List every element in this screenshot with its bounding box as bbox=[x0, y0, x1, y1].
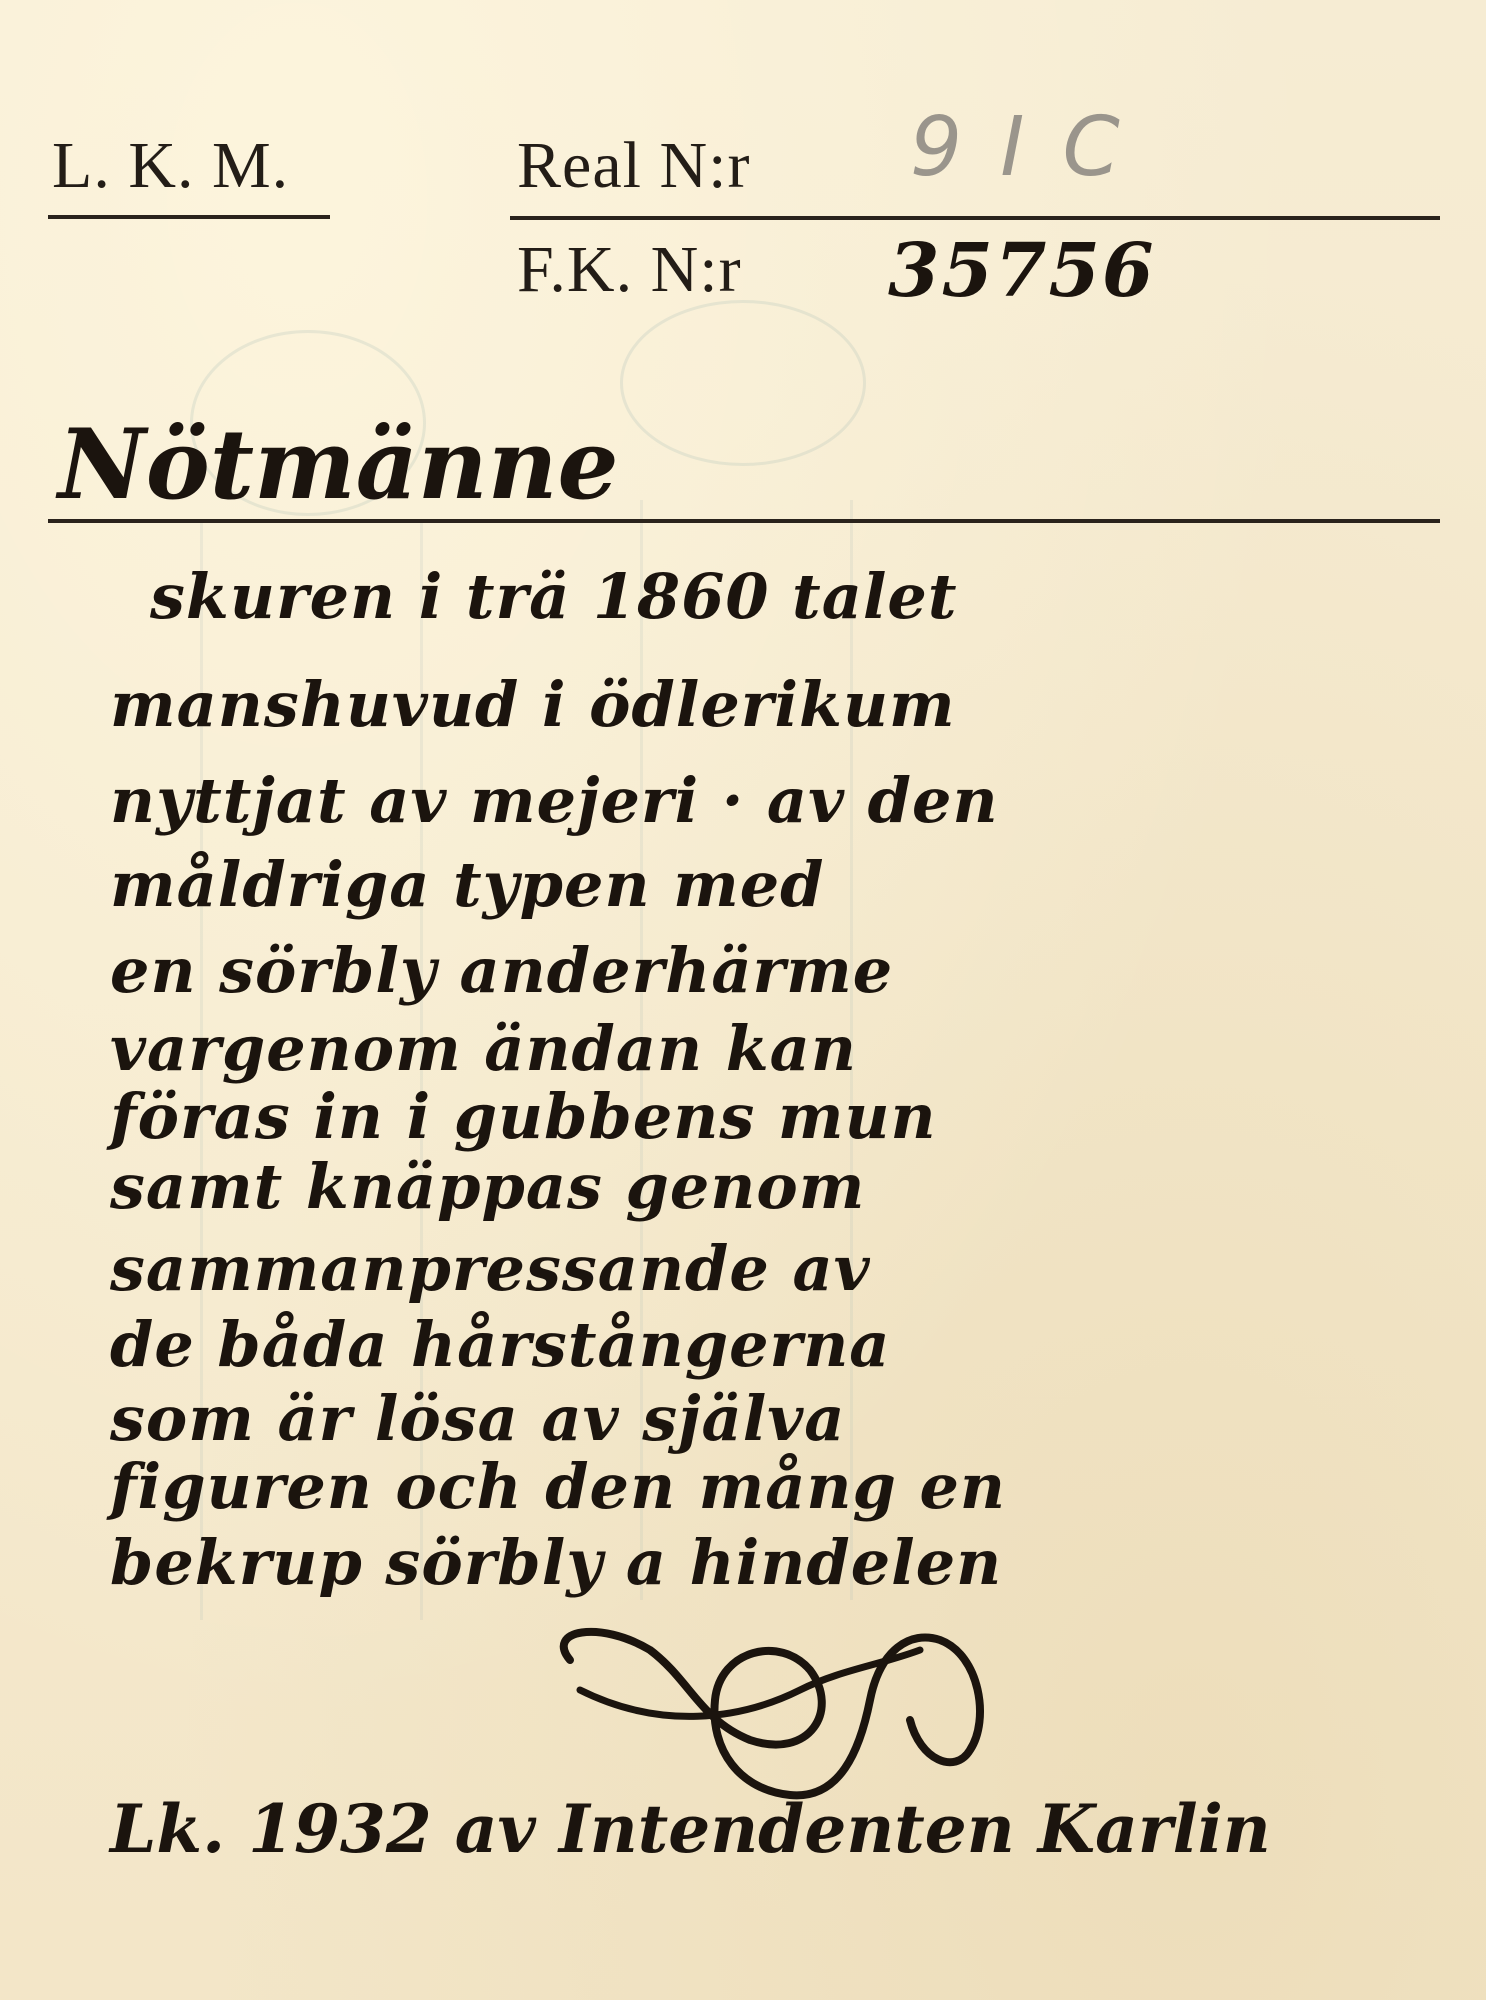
institution-rule bbox=[48, 215, 330, 219]
institution-label: L. K. M. bbox=[52, 128, 289, 204]
description-line: måldriga typen med bbox=[110, 848, 825, 921]
fk-number-value: 35756 bbox=[888, 228, 1155, 314]
description-line: figuren och den mång en bbox=[110, 1450, 1006, 1523]
acquisition-note: Lk. 1932 av Intendenten Karlin bbox=[110, 1790, 1271, 1868]
real-number-value: 9 I C bbox=[910, 100, 1126, 195]
description-line: skuren i trä 1860 talet bbox=[150, 560, 958, 633]
flourish-separator-icon bbox=[540, 1610, 1060, 1810]
description-line: mansh​uvud i ödlerikum bbox=[110, 668, 956, 741]
object-title: Nötmänne bbox=[58, 408, 619, 521]
real-number-rule bbox=[510, 216, 1440, 220]
description-line: sammanpressande av bbox=[110, 1232, 871, 1305]
description-line: föras in i gubbens mun bbox=[110, 1080, 937, 1153]
title-rule bbox=[48, 519, 1440, 523]
description-line: nyttjat av mejeri · av den bbox=[110, 764, 999, 837]
description-line: som är lösa av själva bbox=[110, 1382, 845, 1455]
fk-number-label: F.K. N:r bbox=[517, 232, 742, 308]
description-line: de båda hårstångerna bbox=[110, 1308, 890, 1381]
description-line: samt knäppas genom bbox=[110, 1150, 865, 1223]
description-line: bekrup sörbly a hindelen bbox=[110, 1526, 1002, 1599]
description-line: vargenom ändan kan bbox=[110, 1012, 857, 1085]
real-number-label: Real N:r bbox=[517, 128, 750, 204]
description-line: en sörbly anderhärme bbox=[110, 934, 893, 1007]
